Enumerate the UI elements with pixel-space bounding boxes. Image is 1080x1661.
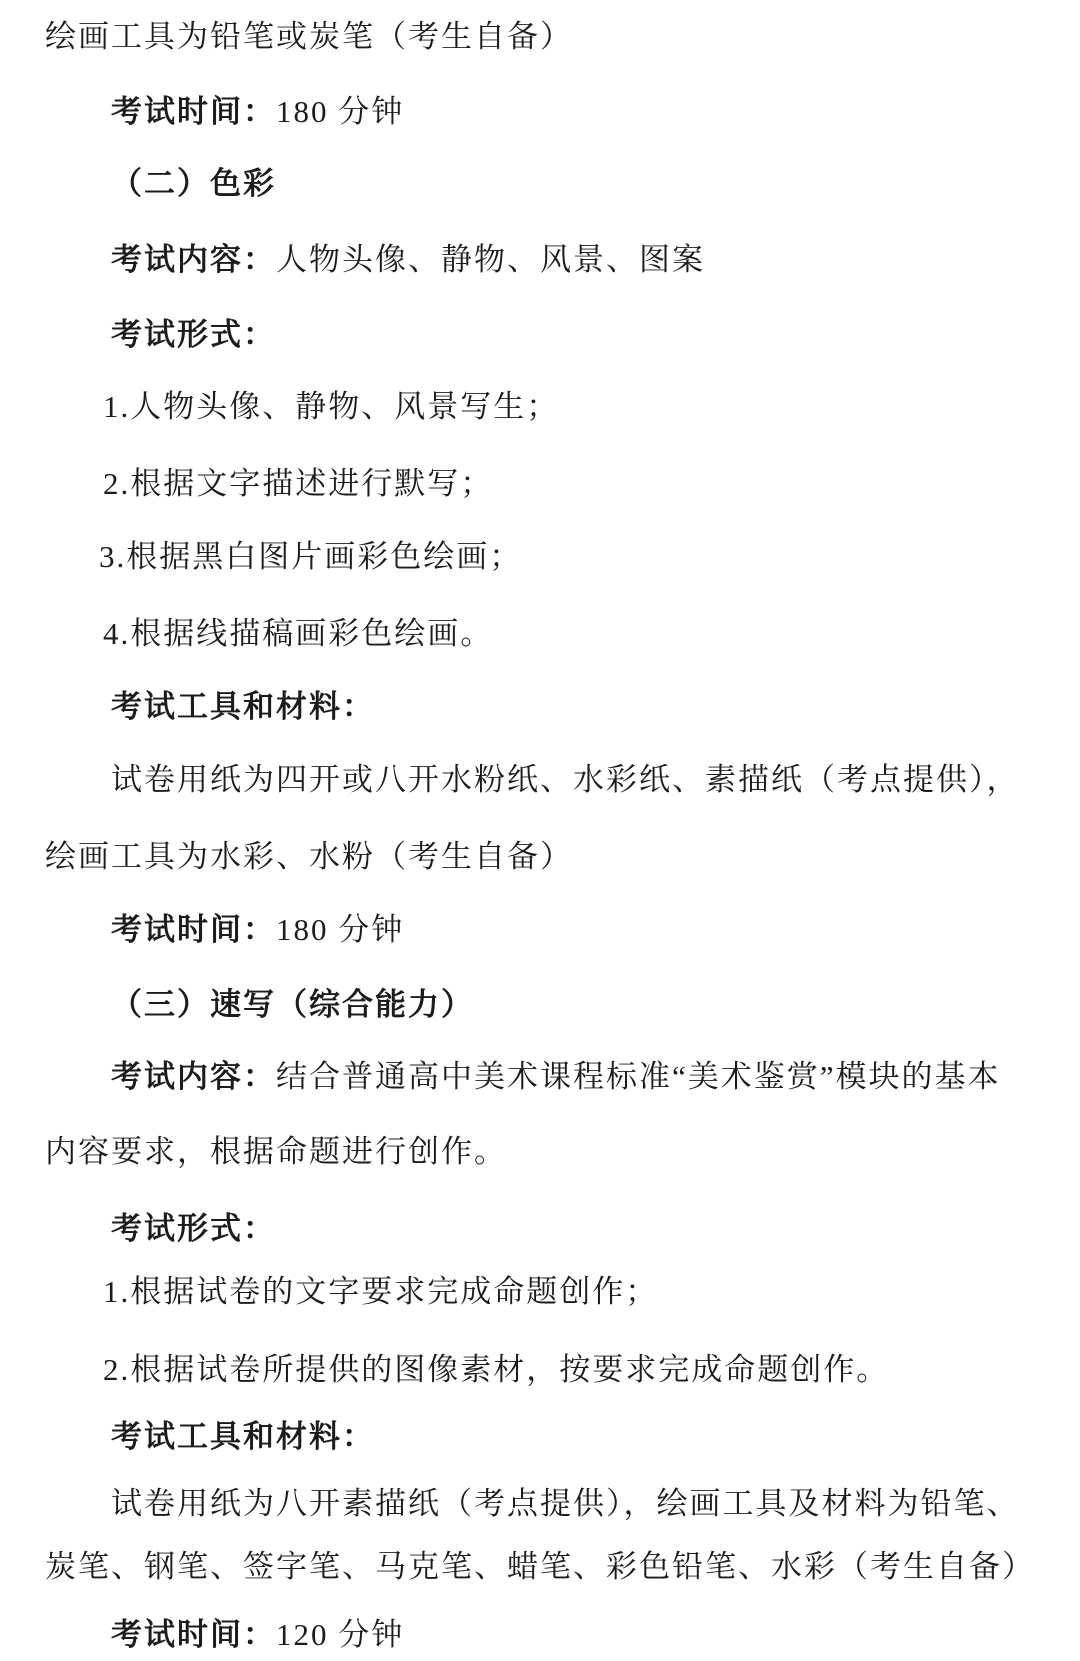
document-page: 绘画工具为铅笔或炭笔（考生自备） 考试时间：180 分钟 （二）色彩 考试内容：… <box>0 0 1080 1661</box>
exam-content-label: 考试内容： <box>111 242 276 277</box>
exam-time-label: 考试时间： <box>111 1617 276 1652</box>
exam-format-heading-quicksketch: 考试形式： <box>45 1206 1035 1252</box>
color-format-item-4: 4.根据线描稿画彩色绘画。 <box>45 611 1035 657</box>
exam-tools-heading-quicksketch: 考试工具和材料： <box>45 1414 1035 1460</box>
quicksketch-tools-spec-cont: 炭笔、钢笔、签字笔、马克笔、蜡笔、彩色铅笔、水彩（考生自备） <box>45 1544 1035 1590</box>
exam-time-value: 120 分钟 <box>276 1617 404 1652</box>
paragraph-drawing-tools-pencil: 绘画工具为铅笔或炭笔（考生自备） <box>45 14 1035 60</box>
quicksketch-paper-spec: 试卷用纸为八开素描纸（考点提供），绘画工具及材料为铅笔、 <box>45 1481 1035 1527</box>
heading-section-3-quicksketch: （三）速写（综合能力） <box>45 982 1035 1028</box>
quicksketch-format-item-2: 2.根据试卷所提供的图像素材，按要求完成命题创作。 <box>45 1347 1035 1393</box>
color-format-item-1: 1.人物头像、静物、风景写生； <box>45 384 1035 430</box>
exam-tools-heading-color: 考试工具和材料： <box>45 684 1035 730</box>
quicksketch-format-item-1: 1.根据试卷的文字要求完成命题创作； <box>45 1269 1035 1315</box>
color-paper-spec: 试卷用纸为四开或八开水粉纸、水彩纸、素描纸（考点提供）， <box>45 757 1035 803</box>
heading-section-2-color: （二）色彩 <box>45 161 1035 207</box>
exam-time-quicksketch: 考试时间：120 分钟 <box>45 1612 1035 1658</box>
exam-time-sketch: 考试时间：180 分钟 <box>45 89 1035 135</box>
color-format-item-3: 3.根据黑白图片画彩色绘画； <box>45 534 1035 580</box>
exam-time-value: 180 分钟 <box>276 94 404 129</box>
exam-content-color: 考试内容：人物头像、静物、风景、图案 <box>45 237 1035 283</box>
exam-time-value: 180 分钟 <box>276 912 404 947</box>
color-format-item-2: 2.根据文字描述进行默写； <box>45 461 1035 507</box>
exam-time-label: 考试时间： <box>111 912 276 947</box>
color-tools-spec: 绘画工具为水彩、水粉（考生自备） <box>45 834 1035 880</box>
exam-format-heading-color: 考试形式： <box>45 312 1035 358</box>
exam-content-label: 考试内容： <box>111 1059 276 1094</box>
exam-time-color: 考试时间：180 分钟 <box>45 907 1035 953</box>
exam-content-quicksketch: 考试内容：结合普通高中美术课程标准“美术鉴赏”模块的基本 <box>45 1054 1035 1100</box>
exam-time-label: 考试时间： <box>111 94 276 129</box>
exam-content-quicksketch-cont: 内容要求，根据命题进行创作。 <box>45 1129 1035 1175</box>
